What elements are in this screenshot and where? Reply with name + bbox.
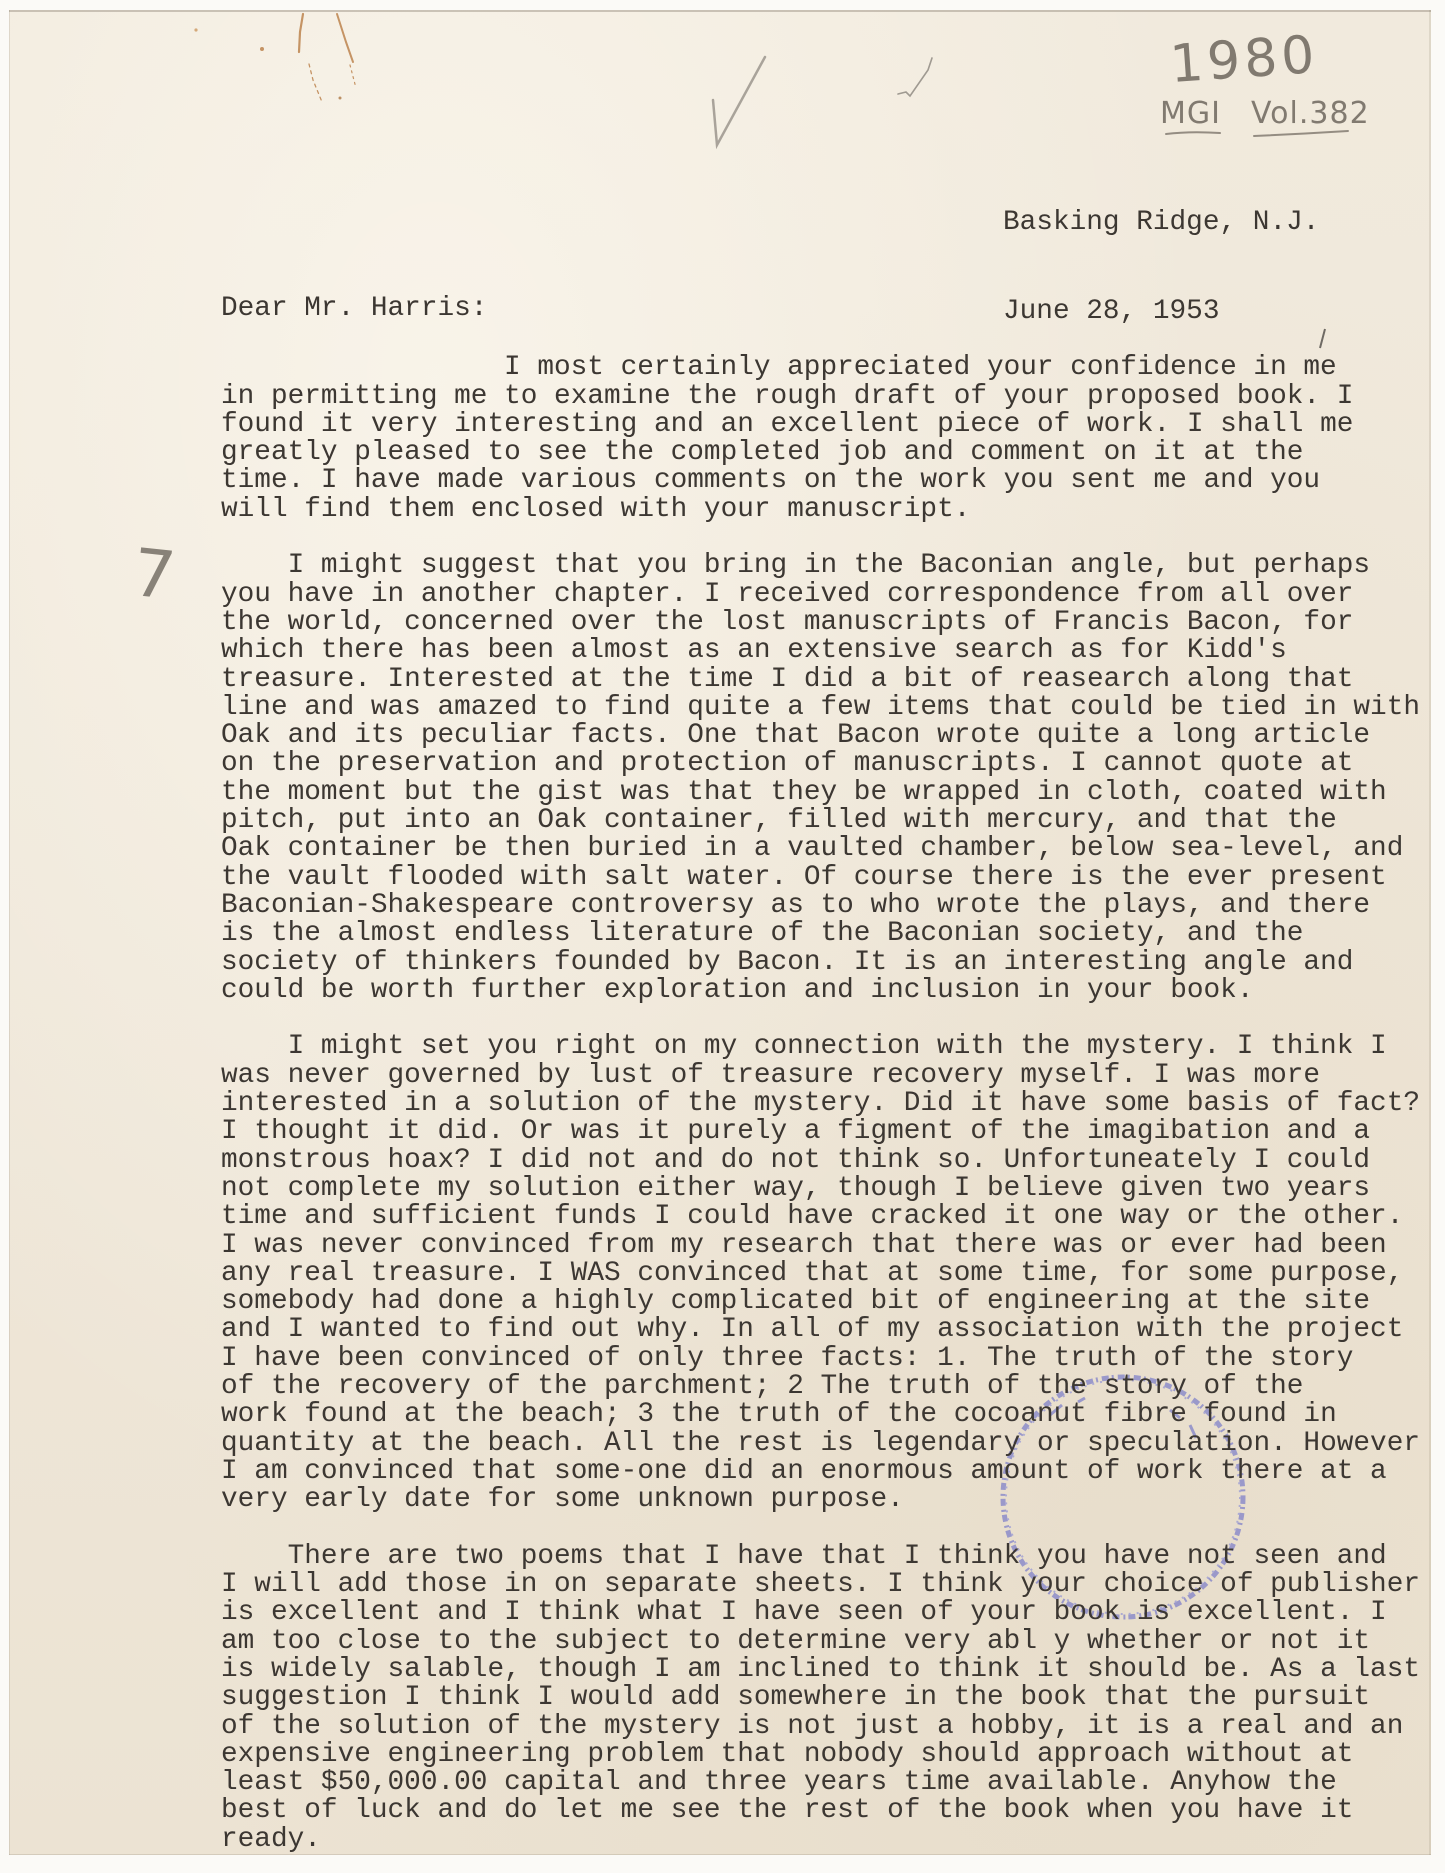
letter-paragraph: I most certainly appreciated your confid… [221,354,1420,524]
letter-body: Dear Mr. Harris: I most certainly apprec… [221,233,1420,1854]
paragraph-line: the vault flooded with salt water. Of co… [221,864,1420,892]
letter-paragraph: I might suggest that you bring in the Ba… [221,552,1420,1005]
paragraph-line: the moment but the gist was that they be… [221,779,1420,807]
paragraph-spacer [221,1005,1420,1033]
handwritten-margin-mark: 7 [129,534,179,615]
paragraph-line: I have been convinced of only three fact… [221,1345,1420,1373]
paragraph-line: of the recovery of the parchment; 2 The … [221,1373,1420,1401]
check-mark-icon [713,57,765,145]
paragraph-line: pitch, put into an Oak container, filled… [221,807,1420,835]
archive-ref-underline [1166,131,1348,136]
paragraph-line: I was never convinced from my research t… [221,1232,1420,1260]
paragraph-line: the world, concerned over the lost manus… [221,609,1420,637]
paragraph-line: work found at the beach; 3 the truth of … [221,1401,1420,1429]
paragraph-line: I will add those in on separate sheets. … [221,1571,1420,1599]
archive-ref-prefix: MGI [1160,96,1221,131]
letter-paragraph: There are two poems that I have that I t… [221,1543,1420,1854]
salutation: Dear Mr. Harris: [221,295,1420,323]
paragraph-line: which there has been almost as an extens… [221,637,1420,665]
paragraph-line: suggestion I think I would add somewhere… [221,1684,1420,1712]
paragraph-line: least $50,000.00 capital and three years… [221,1769,1420,1797]
paragraph-line: not complete my solution either way, tho… [221,1175,1420,1203]
paragraph-line: am too close to the subject to determine… [221,1628,1420,1656]
handwritten-year: 1980 [1168,25,1320,95]
paragraph-line: in permitting me to examine the rough dr… [221,383,1420,411]
paragraph-line: monstrous hoax? I did not and do not thi… [221,1147,1420,1175]
paragraph-line: is excellent and I think what I have see… [221,1599,1420,1627]
paragraph-line: will find them enclosed with your manusc… [221,496,1420,524]
paragraph-line: I thought it did. Or was it purely a fig… [221,1118,1420,1146]
paragraph-line: ready. [221,1826,1420,1854]
paragraph-line: quantity at the beach. All the rest is l… [221,1430,1420,1458]
letter-paragraph: I might set you right on my connection w… [221,1033,1420,1514]
paragraph-line: best of luck and do let me see the rest … [221,1797,1420,1825]
paragraph-line: treasure. Interested at the time I did a… [221,666,1420,694]
paragraph-line: I most certainly appreciated your confid… [221,354,1420,382]
archive-ref-volume: Vol.382 [1251,96,1370,131]
paragraph-line: is the almost endless literature of the … [221,920,1420,948]
paragraph-line: society of thinkers founded by Bacon. It… [221,949,1420,977]
paragraph-line: time. I have made various comments on th… [221,467,1420,495]
paragraph-line: I might suggest that you bring in the Ba… [221,552,1420,580]
paragraph-line: any real treasure. I WAS convinced that … [221,1260,1420,1288]
handwritten-archive-ref: MGIVol.382 [1160,96,1370,131]
rust-stain-marks [194,14,356,102]
paragraph-line: and I wanted to find out why. In all of … [221,1316,1420,1344]
paragraph-line: very early date for some unknown purpose… [221,1486,1420,1514]
paragraph-line: you have in another chapter. I received … [221,581,1420,609]
paragraph-line: line and was amazed to find quite a few … [221,694,1420,722]
paragraph-line: time and sufficient funds I could have c… [221,1203,1420,1231]
paragraph-line: could be worth further exploration and i… [221,977,1420,1005]
paragraph-line: is widely salable, though I am inclined … [221,1656,1420,1684]
paragraph-line: There are two poems that I have that I t… [221,1543,1420,1571]
paragraph-line: Baconian-Shakespeare controversy as to w… [221,892,1420,920]
paragraph-line: on the preservation and protection of ma… [221,750,1420,778]
paragraph-line: greatly pleased to see the completed job… [221,439,1420,467]
paragraph-line: was never governed by lust of treasure r… [221,1062,1420,1090]
paragraph-spacer [221,524,1420,552]
paragraph-line: found it very interesting and an excelle… [221,411,1420,439]
paragraph-line: I am convinced that some-one did an enor… [221,1458,1420,1486]
paragraph-line: Oak and its peculiar facts. One that Bac… [221,722,1420,750]
paragraph-line: interested in a solution of the mystery.… [221,1090,1420,1118]
paragraph-line: of the solution of the mystery is not ju… [221,1713,1420,1741]
small-check-mark-icon [898,58,932,96]
paragraph-spacer [221,1514,1420,1542]
paragraph-line: I might set you right on my connection w… [221,1033,1420,1061]
letterhead-location: Basking Ridge, N.J. [1003,209,1319,236]
paragraph-line: Oak container be then buried in a vaulte… [221,835,1420,863]
paragraph-line: somebody had done a highly complicated b… [221,1288,1420,1316]
paragraph-line: expensive engineering problem that nobod… [221,1741,1420,1769]
